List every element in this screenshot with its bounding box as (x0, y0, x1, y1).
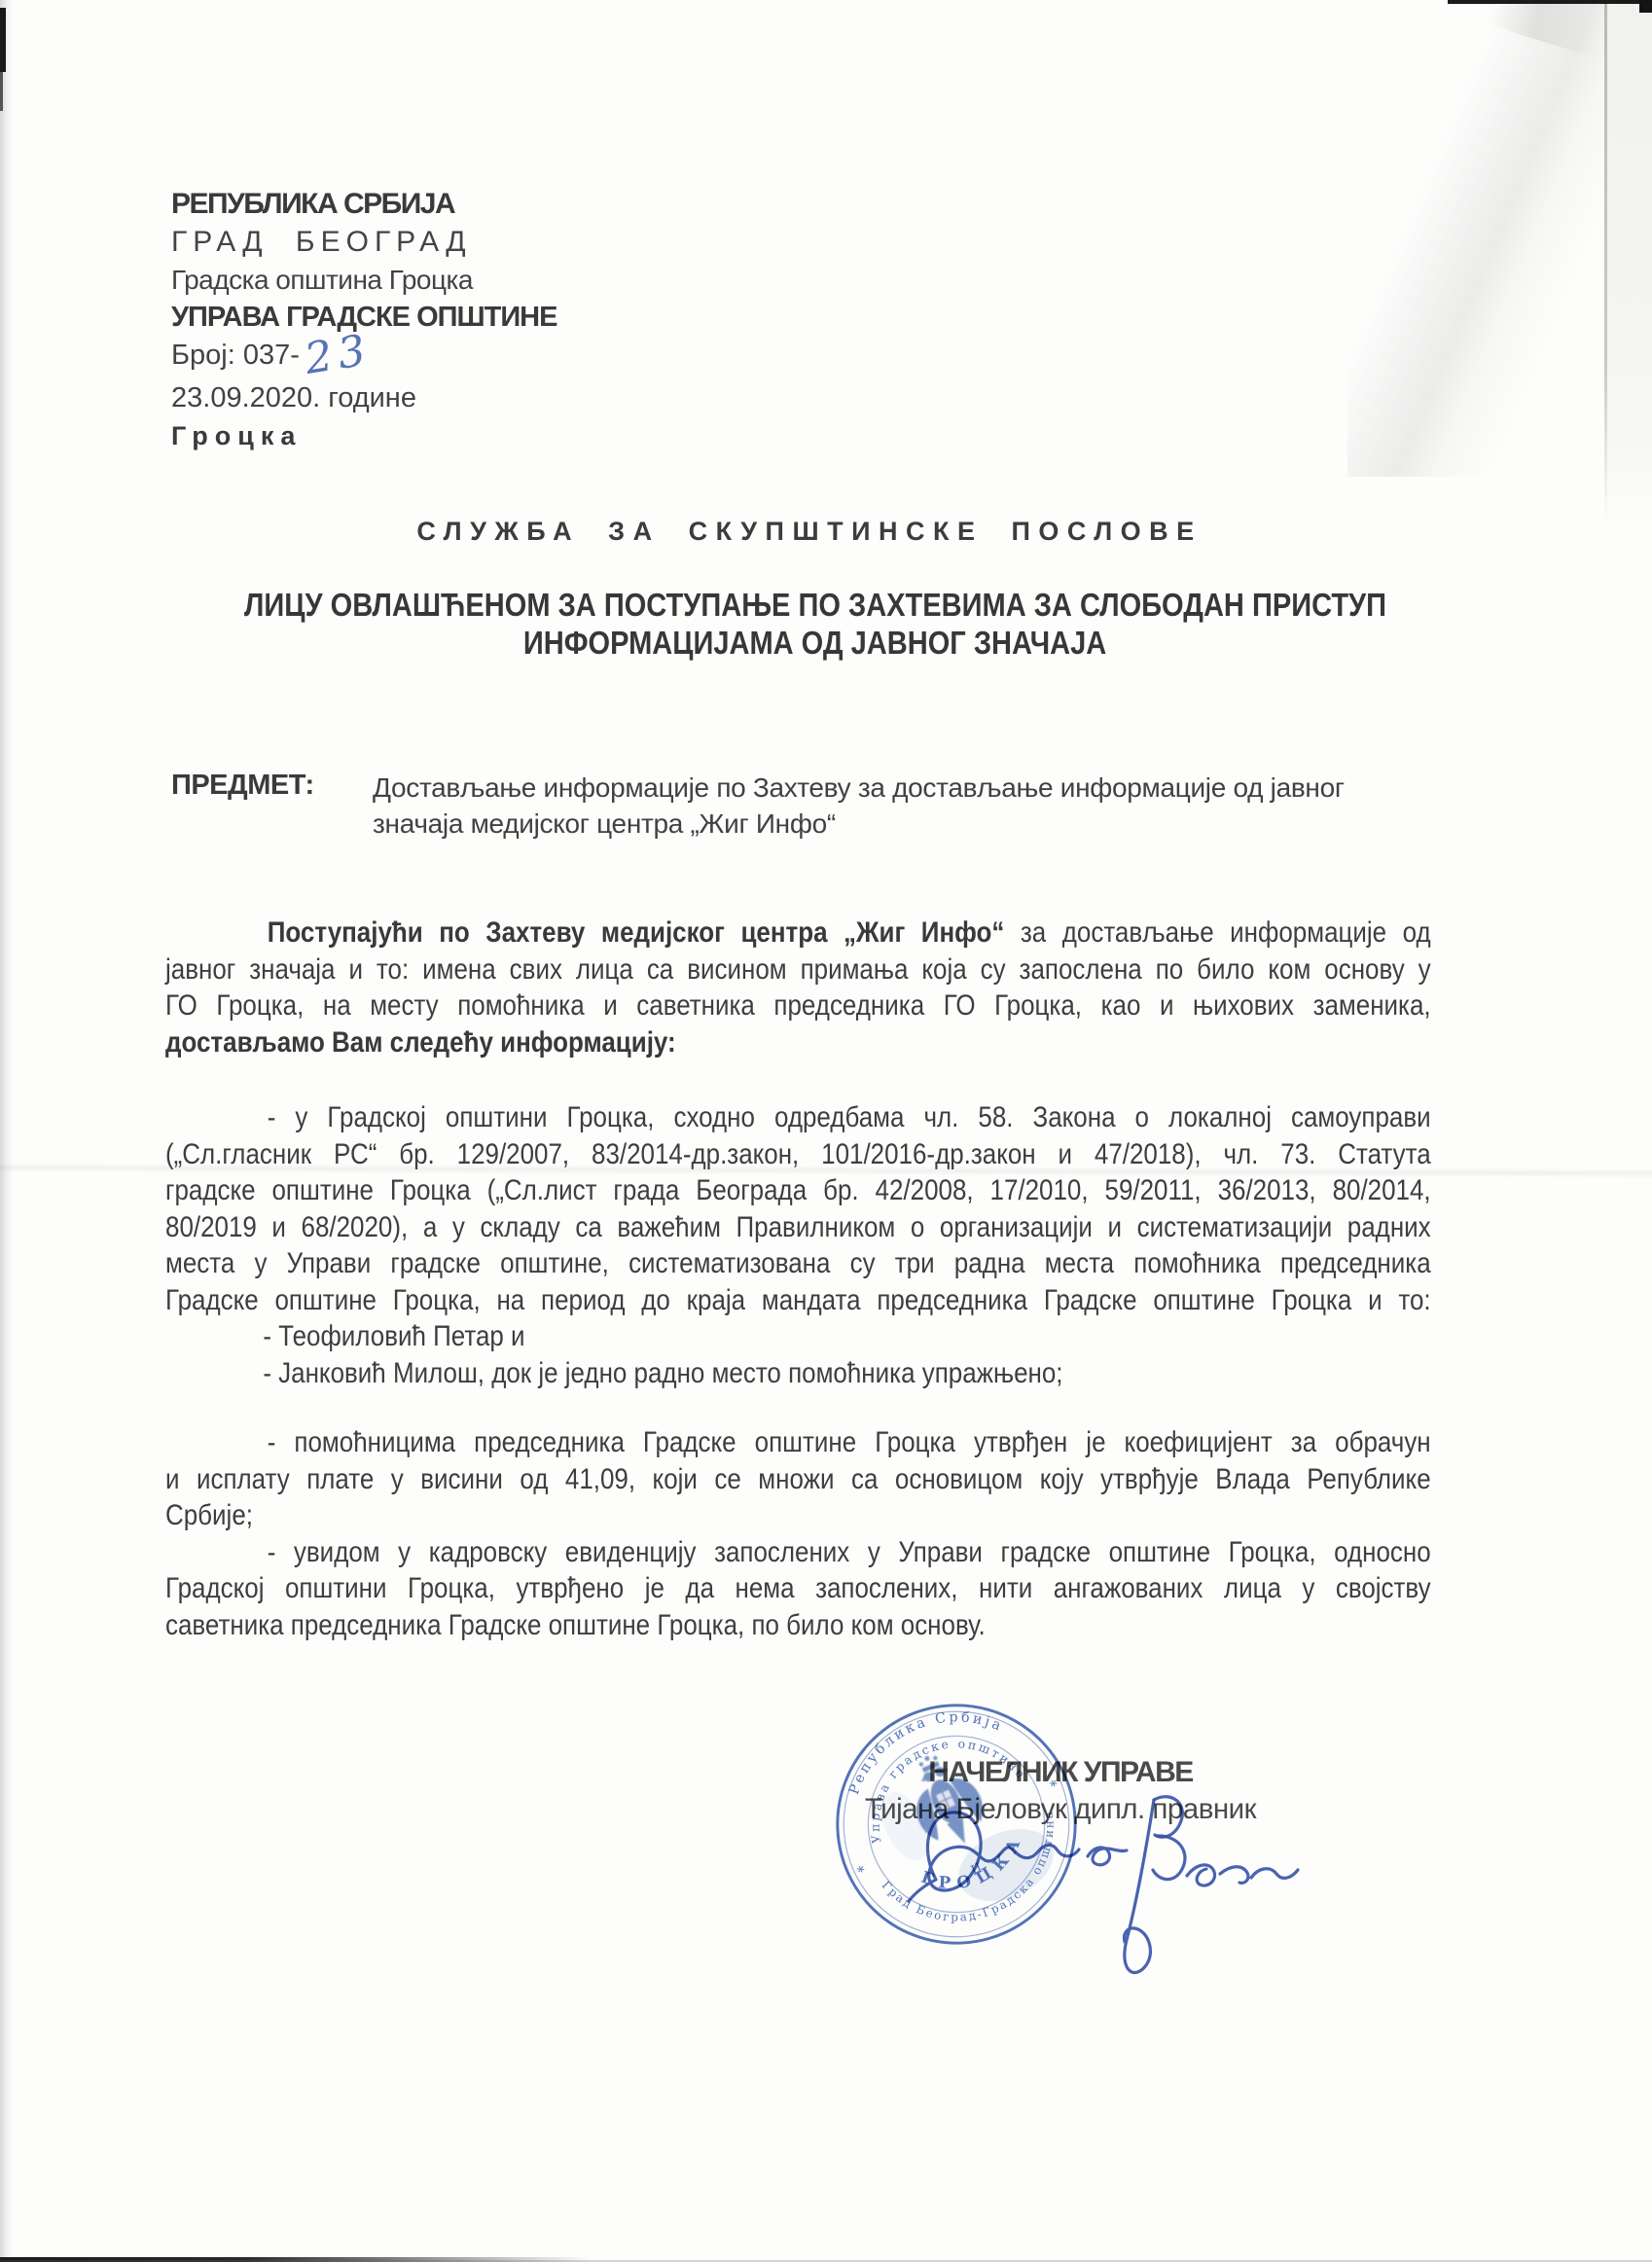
case-number-handwritten: 23 (302, 329, 374, 381)
paragraph-coefficient-and-records: - помоћницима председника Градске општин… (165, 1424, 1431, 1643)
service-heading: СЛУЖБА ЗА СКУПШТИНСКЕ ПОСЛОВЕ (416, 517, 1202, 546)
service-heading-row: СЛУЖБА ЗА СКУПШТИНСКЕ ПОСЛОВЕ (0, 517, 1619, 547)
scan-edge-left (0, 0, 14, 2262)
case-number-line: Број: 037-23 (171, 337, 557, 379)
letterhead-republic: РЕПУБЛИКА СРБИЈА (171, 185, 557, 223)
handwritten-signature (903, 1786, 1304, 1993)
paragraph-systematization: - у Градској општини Гроцка, сходно одре… (165, 1099, 1431, 1391)
text-line: - увидом у кадровску евиденцију запослен… (165, 1534, 1431, 1571)
text-line: 80/2019 и 68/2020), а у складу са важећи… (165, 1209, 1431, 1246)
scan-corner-top-right (1639, 0, 1652, 13)
subject-text-line-2: значаја медијског центра „Жиг Инфо“ (373, 806, 1345, 842)
paper-edge-line (1604, 0, 1607, 525)
text-line: саветника председника Градске општине Гр… (165, 1607, 1431, 1644)
subject-text: Достављање информације по Захтеву за дос… (373, 770, 1345, 842)
scanner-background-strip (1607, 0, 1652, 530)
text-line: Градској општини Гроцка, утврђено је да … (165, 1570, 1431, 1607)
fold-crease-diagonal (1347, 0, 1630, 477)
text-line: ГО Гроцка, на месту помоћника и саветник… (165, 987, 1431, 1024)
subject-label: ПРЕДМЕТ: (171, 770, 314, 802)
letterhead: РЕПУБЛИКА СРБИЈА ГРАД БЕОГРАД Градска оп… (171, 185, 557, 455)
letterhead-municipality: Градска општина Гроцка (171, 261, 557, 299)
text-line: - помоћницима председника Градске општин… (165, 1424, 1431, 1461)
letterhead-city: ГРАД БЕОГРАД (171, 223, 557, 261)
text-line: - у Градској општини Гроцка, сходно одре… (165, 1099, 1431, 1136)
paragraph-intro: Поступајући по Захтеву медијског центра … (165, 915, 1431, 1060)
text-line: јавног значаја и то: имена свих лица са … (165, 951, 1431, 988)
letterhead-place: Гроцка (171, 417, 557, 455)
scan-mark-top-left (0, 8, 6, 72)
text-line: и исплату плате у висини од 41,09, који … (165, 1461, 1431, 1498)
scan-edge-top (1448, 0, 1652, 4)
text-line: Србије; (165, 1497, 1431, 1534)
text-line: места у Управи градске општине, системат… (165, 1245, 1431, 1282)
text-line: Поступајући по Захтеву медијског центра … (165, 915, 1431, 951)
addressee-line-1: ЛИЦУ ОВЛАШЋЕНОМ ЗА ПОСТУПАЊЕ ПО ЗАХТЕВИМ… (6, 586, 1625, 624)
scanned-document-page: РЕПУБЛИКА СРБИЈА ГРАД БЕОГРАД Градска оп… (0, 0, 1652, 2262)
case-number-label: Број: 037- (171, 340, 300, 371)
text-line: достављамо Вам следећу информацију: (165, 1024, 1431, 1061)
list-item: - Јанковић Милош, док је једно радно мес… (165, 1355, 1431, 1392)
scan-mark-top-left-2 (0, 72, 3, 111)
subject-text-line-1: Достављање информације по Захтеву за дос… (373, 770, 1345, 806)
text-line: градске општине Гроцка („Сл.лист града Б… (165, 1172, 1431, 1209)
addressee-title: ЛИЦУ ОВЛАШЋЕНОМ ЗА ПОСТУПАЊЕ ПО ЗАХТЕВИМ… (6, 586, 1625, 662)
document-date: 23.09.2020. године (171, 379, 557, 417)
addressee-line-2: ИНФОРМАЦИЈАМА ОД ЈАВНОГ ЗНАЧАЈА (6, 624, 1625, 662)
list-item: - Теофиловић Петар и (165, 1318, 1431, 1355)
text-line: Градске општине Гроцка, на период до кра… (165, 1282, 1431, 1319)
